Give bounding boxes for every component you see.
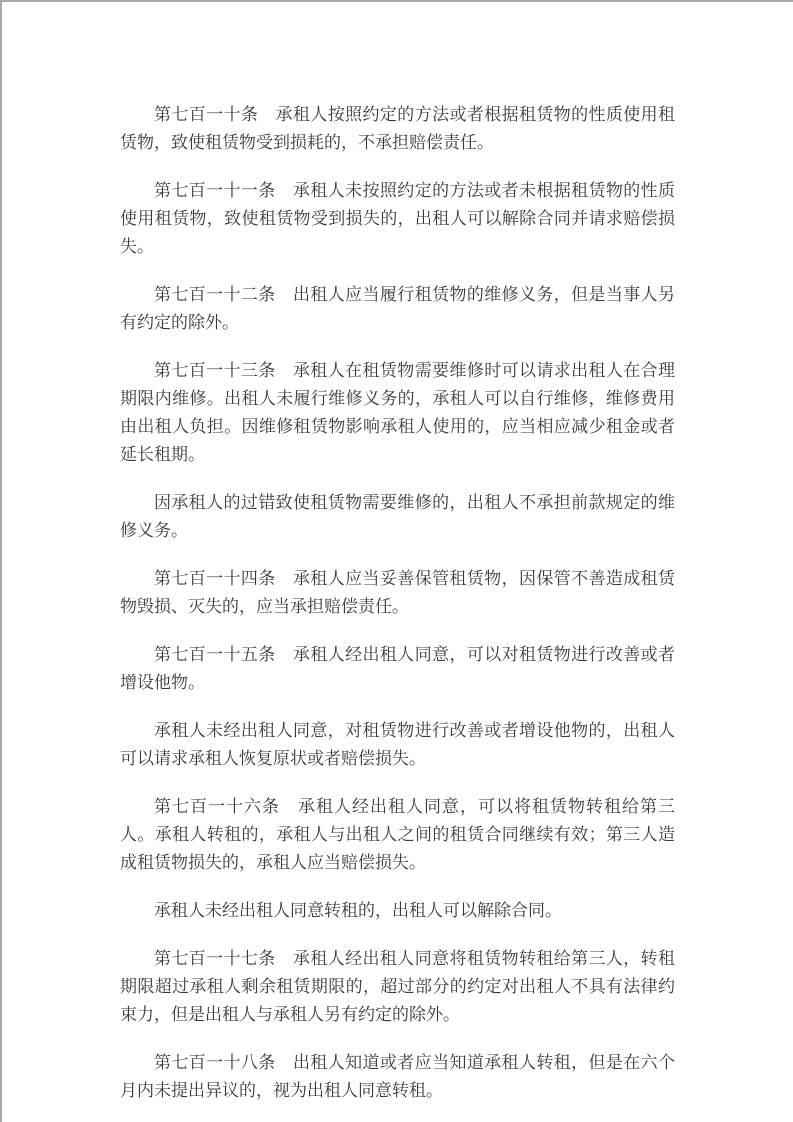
document-paragraph: 第七百一十六条 承租人经出租人同意，可以将租赁物转租给第三人。承租人转租的，承租… — [120, 793, 675, 877]
document-paragraph: 承租人未经出租人同意转租的，出租人可以解除合同。 — [120, 897, 675, 925]
document-paragraph: 第七百一十四条 承租人应当妥善保管租赁物，因保管不善造成租赁物毁损、灭失的，应当… — [120, 565, 675, 621]
document-paragraph: 第七百一十五条 承租人经出租人同意，可以对租赁物进行改善或者增设他物。 — [120, 641, 675, 697]
document-paragraph: 第七百一十二条 出租人应当履行租赁物的维修义务，但是当事人另有约定的除外。 — [120, 281, 675, 337]
document-paragraph: 第七百一十一条 承租人未按照约定的方法或者未根据租赁物的性质使用租赁物，致使租赁… — [120, 177, 675, 261]
document-paragraph: 第七百一十八条 出租人知道或者应当知道承租人转租，但是在六个月内未提出异议的，视… — [120, 1049, 675, 1105]
document-paragraph: 因承租人的过错致使租赁物需要维修的，出租人不承担前款规定的维修义务。 — [120, 489, 675, 545]
document-page: 第七百一十条 承租人按照约定的方法或者根据租赁物的性质使用租赁物，致使租赁物受到… — [0, 0, 793, 1122]
document-paragraph: 承租人未经出租人同意，对租赁物进行改善或者增设他物的，出租人可以请求承租人恢复原… — [120, 717, 675, 773]
document-paragraph: 第七百一十三条 承租人在租赁物需要维修时可以请求出租人在合理期限内维修。出租人未… — [120, 357, 675, 469]
document-body: 第七百一十条 承租人按照约定的方法或者根据租赁物的性质使用租赁物，致使租赁物受到… — [120, 101, 675, 1105]
document-paragraph: 第七百一十条 承租人按照约定的方法或者根据租赁物的性质使用租赁物，致使租赁物受到… — [120, 101, 675, 157]
document-paragraph: 第七百一十七条 承租人经出租人同意将租赁物转租给第三人，转租期限超过承租人剩余租… — [120, 945, 675, 1029]
